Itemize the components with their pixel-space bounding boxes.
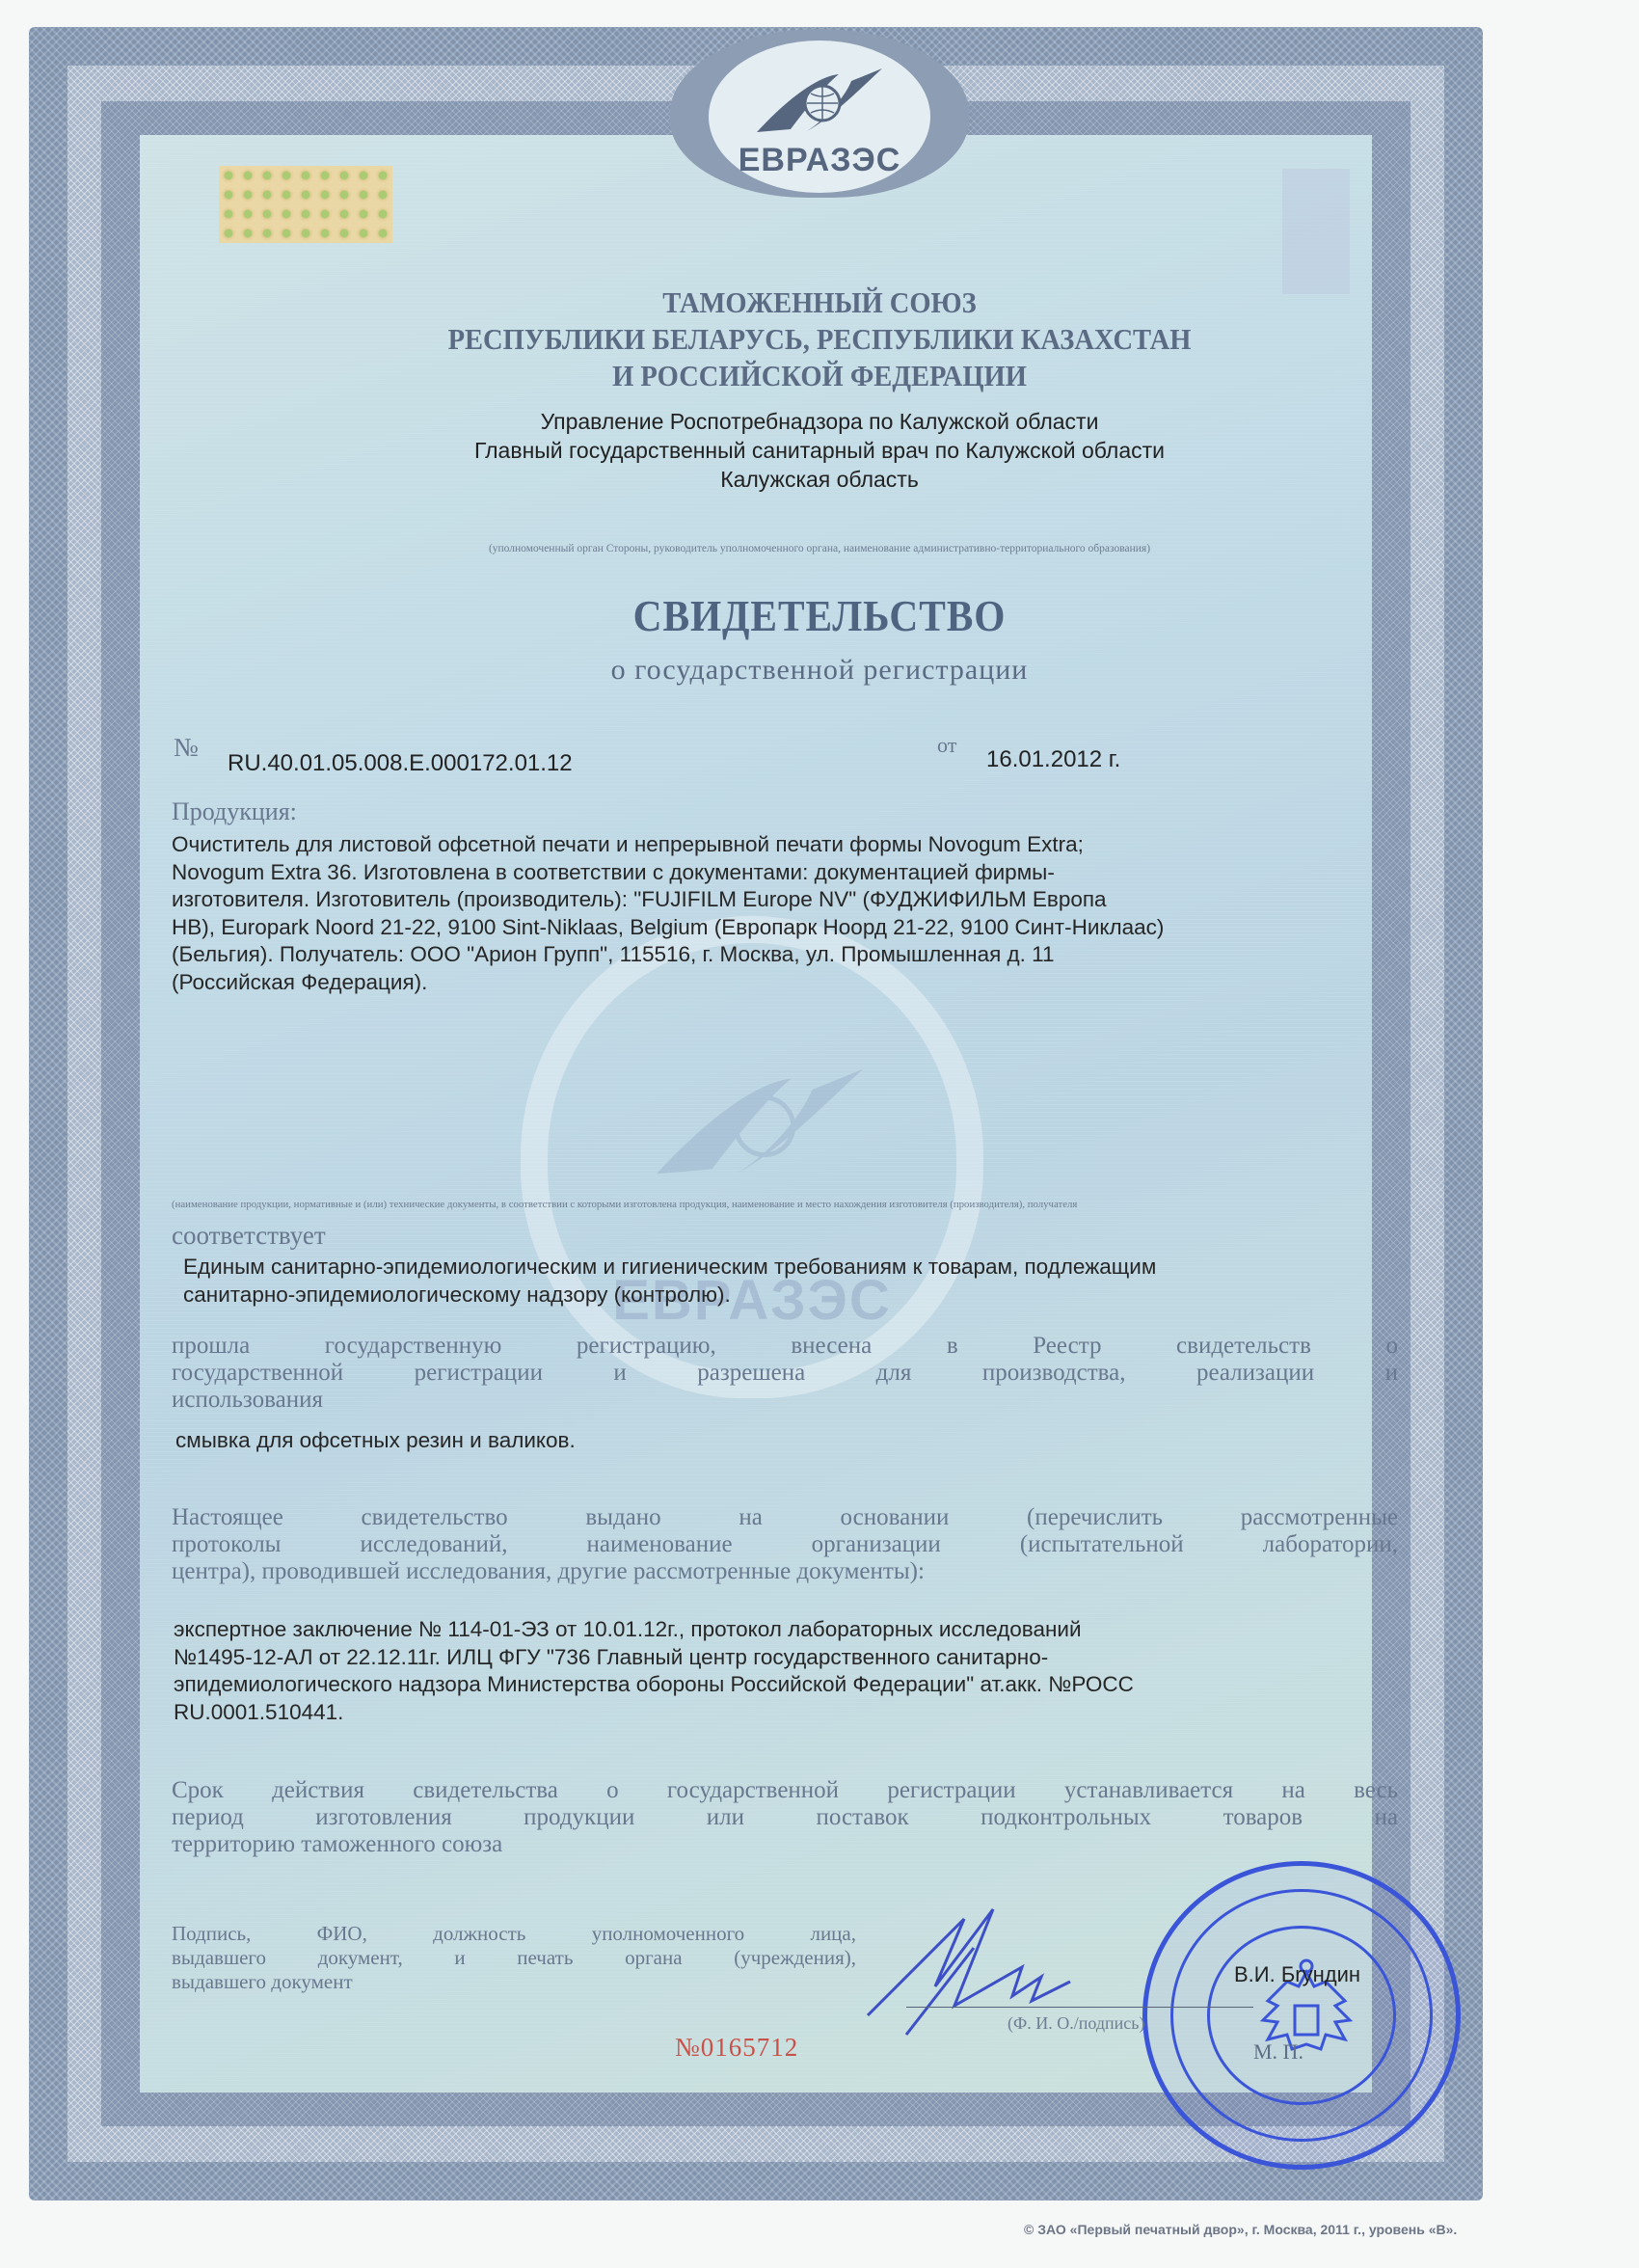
signature-line (906, 2007, 1253, 2008)
validity-line: Срок действия свидетельства о государств… (172, 1777, 1398, 1804)
number-label: № (174, 733, 199, 763)
validity-line: территорию таможенного союза (172, 1831, 1398, 1858)
document-title: СВИДЕТЕЛЬСТВО (82, 590, 1557, 641)
authority-line-1: Управление Роспотребнадзора по Калужской… (0, 407, 1639, 436)
conformity-line: Единым санитарно-эпидемиологическим и ги… (183, 1254, 1417, 1282)
document-subtitle: о государственной регистрации (0, 654, 1639, 687)
security-panel (1282, 169, 1350, 294)
fio-caption: (Ф. И. О./подпись) (1008, 2013, 1144, 2034)
product-description: Очиститель для листовой офсетной печати … (172, 831, 1415, 996)
registration-line: прошла государственную регистрацию, внес… (172, 1333, 1398, 1360)
product-line: НВ), Europark Noord 21-22, 9100 Sint-Nik… (172, 914, 1415, 942)
product-label: Продукция: (172, 797, 297, 826)
registration-text: прошла государственную регистрацию, внес… (172, 1333, 1398, 1414)
product-line: (Бельгия). Получатель: ООО "Арион Групп"… (172, 941, 1415, 969)
product-line: Очиститель для листовой офсетной печати … (172, 831, 1415, 859)
watermark-logo-icon (625, 1030, 895, 1213)
authority-line-3: Калужская область (0, 465, 1639, 494)
validity-line: период изготовления продукции или постав… (172, 1804, 1398, 1831)
basis-doc-line: экспертное заключение № 114-01-ЭЗ от 10.… (174, 1616, 1417, 1644)
official-seal (1142, 1861, 1461, 2170)
certificate-date: 16.01.2012 г. (986, 746, 1120, 773)
signature-caption-line: выдавшего документ, и печать органа (учр… (172, 1946, 856, 1970)
registration-line: использования (172, 1387, 1398, 1414)
basis-line: Настоящее свидетельство выдано на основа… (172, 1504, 1398, 1531)
union-title-line-3: И РОССИЙСКОЙ ФЕДЕРАЦИИ (66, 358, 1573, 394)
basis-line: центра), проводившей исследования, други… (172, 1558, 1398, 1585)
basis-line: протоколы исследований, наименование орг… (172, 1531, 1398, 1558)
basis-documents: экспертное заключение № 114-01-ЭЗ от 10.… (174, 1616, 1417, 1726)
product-line: (Российская Федерация). (172, 969, 1415, 997)
authority-caption: (уполномоченный орган Стороны, руководит… (0, 543, 1639, 554)
printer-copyright: © ЗАО «Первый печатный двор», г. Москва,… (1024, 2222, 1457, 2237)
registration-line: государственной регистрации и разрешена … (172, 1360, 1398, 1387)
basis-doc-line: эпидемиологического надзора Министерства… (174, 1671, 1417, 1699)
product-line: Novogum Extra 36. Изготовлена в соответс… (172, 859, 1415, 887)
conformity-label: соответствует (172, 1221, 326, 1251)
eurasec-logo-icon (738, 57, 901, 144)
product-line: изготовителя. Изготовитель (производител… (172, 886, 1415, 914)
union-title-line-1: ТАМОЖЕННЫЙ СОЮЗ (66, 284, 1573, 321)
eurasec-emblem: ЕВРАЗЭС (670, 29, 969, 198)
blank-number: №0165712 (675, 2033, 798, 2063)
seal-mark: М. П. (1253, 2039, 1303, 2065)
signature-caption-line: Подпись, ФИО, должность уполномоченного … (172, 1922, 856, 1946)
date-label: от (937, 733, 956, 758)
emblem-text: ЕВРАЗЭС (739, 142, 901, 179)
signature-caption-line: выдавшего документ (172, 1970, 856, 1994)
union-title-line-2: РЕСПУБЛИКИ БЕЛАРУСЬ, РЕСПУБЛИКИ КАЗАХСТА… (66, 321, 1573, 358)
conformity-text: Единым санитарно-эпидемиологическим и ги… (183, 1254, 1417, 1309)
hologram-sticker (219, 166, 392, 243)
basis-text: Настоящее свидетельство выдано на основа… (172, 1504, 1398, 1585)
authority-line-2: Главный государственный санитарный врач … (0, 436, 1639, 465)
registration-use: смывка для офсетных резин и валиков. (175, 1427, 576, 1455)
basis-doc-line: №1495-12-АЛ от 22.12.11г. ИЛЦ ФГУ "736 Г… (174, 1644, 1417, 1672)
certificate-number: RU.40.01.05.008.Е.000172.01.12 (228, 750, 573, 777)
conformity-line: санитарно-эпидемиологическому надзору (к… (183, 1282, 1417, 1309)
validity-text: Срок действия свидетельства о государств… (172, 1777, 1398, 1858)
signature-caption: Подпись, ФИО, должность уполномоченного … (172, 1922, 856, 1994)
signer-name: В.И. Бryндин (1234, 1962, 1360, 1987)
product-caption: (наименование продукции, нормативные и (… (172, 1199, 1415, 1210)
basis-doc-line: RU.0001.510441. (174, 1699, 1417, 1727)
